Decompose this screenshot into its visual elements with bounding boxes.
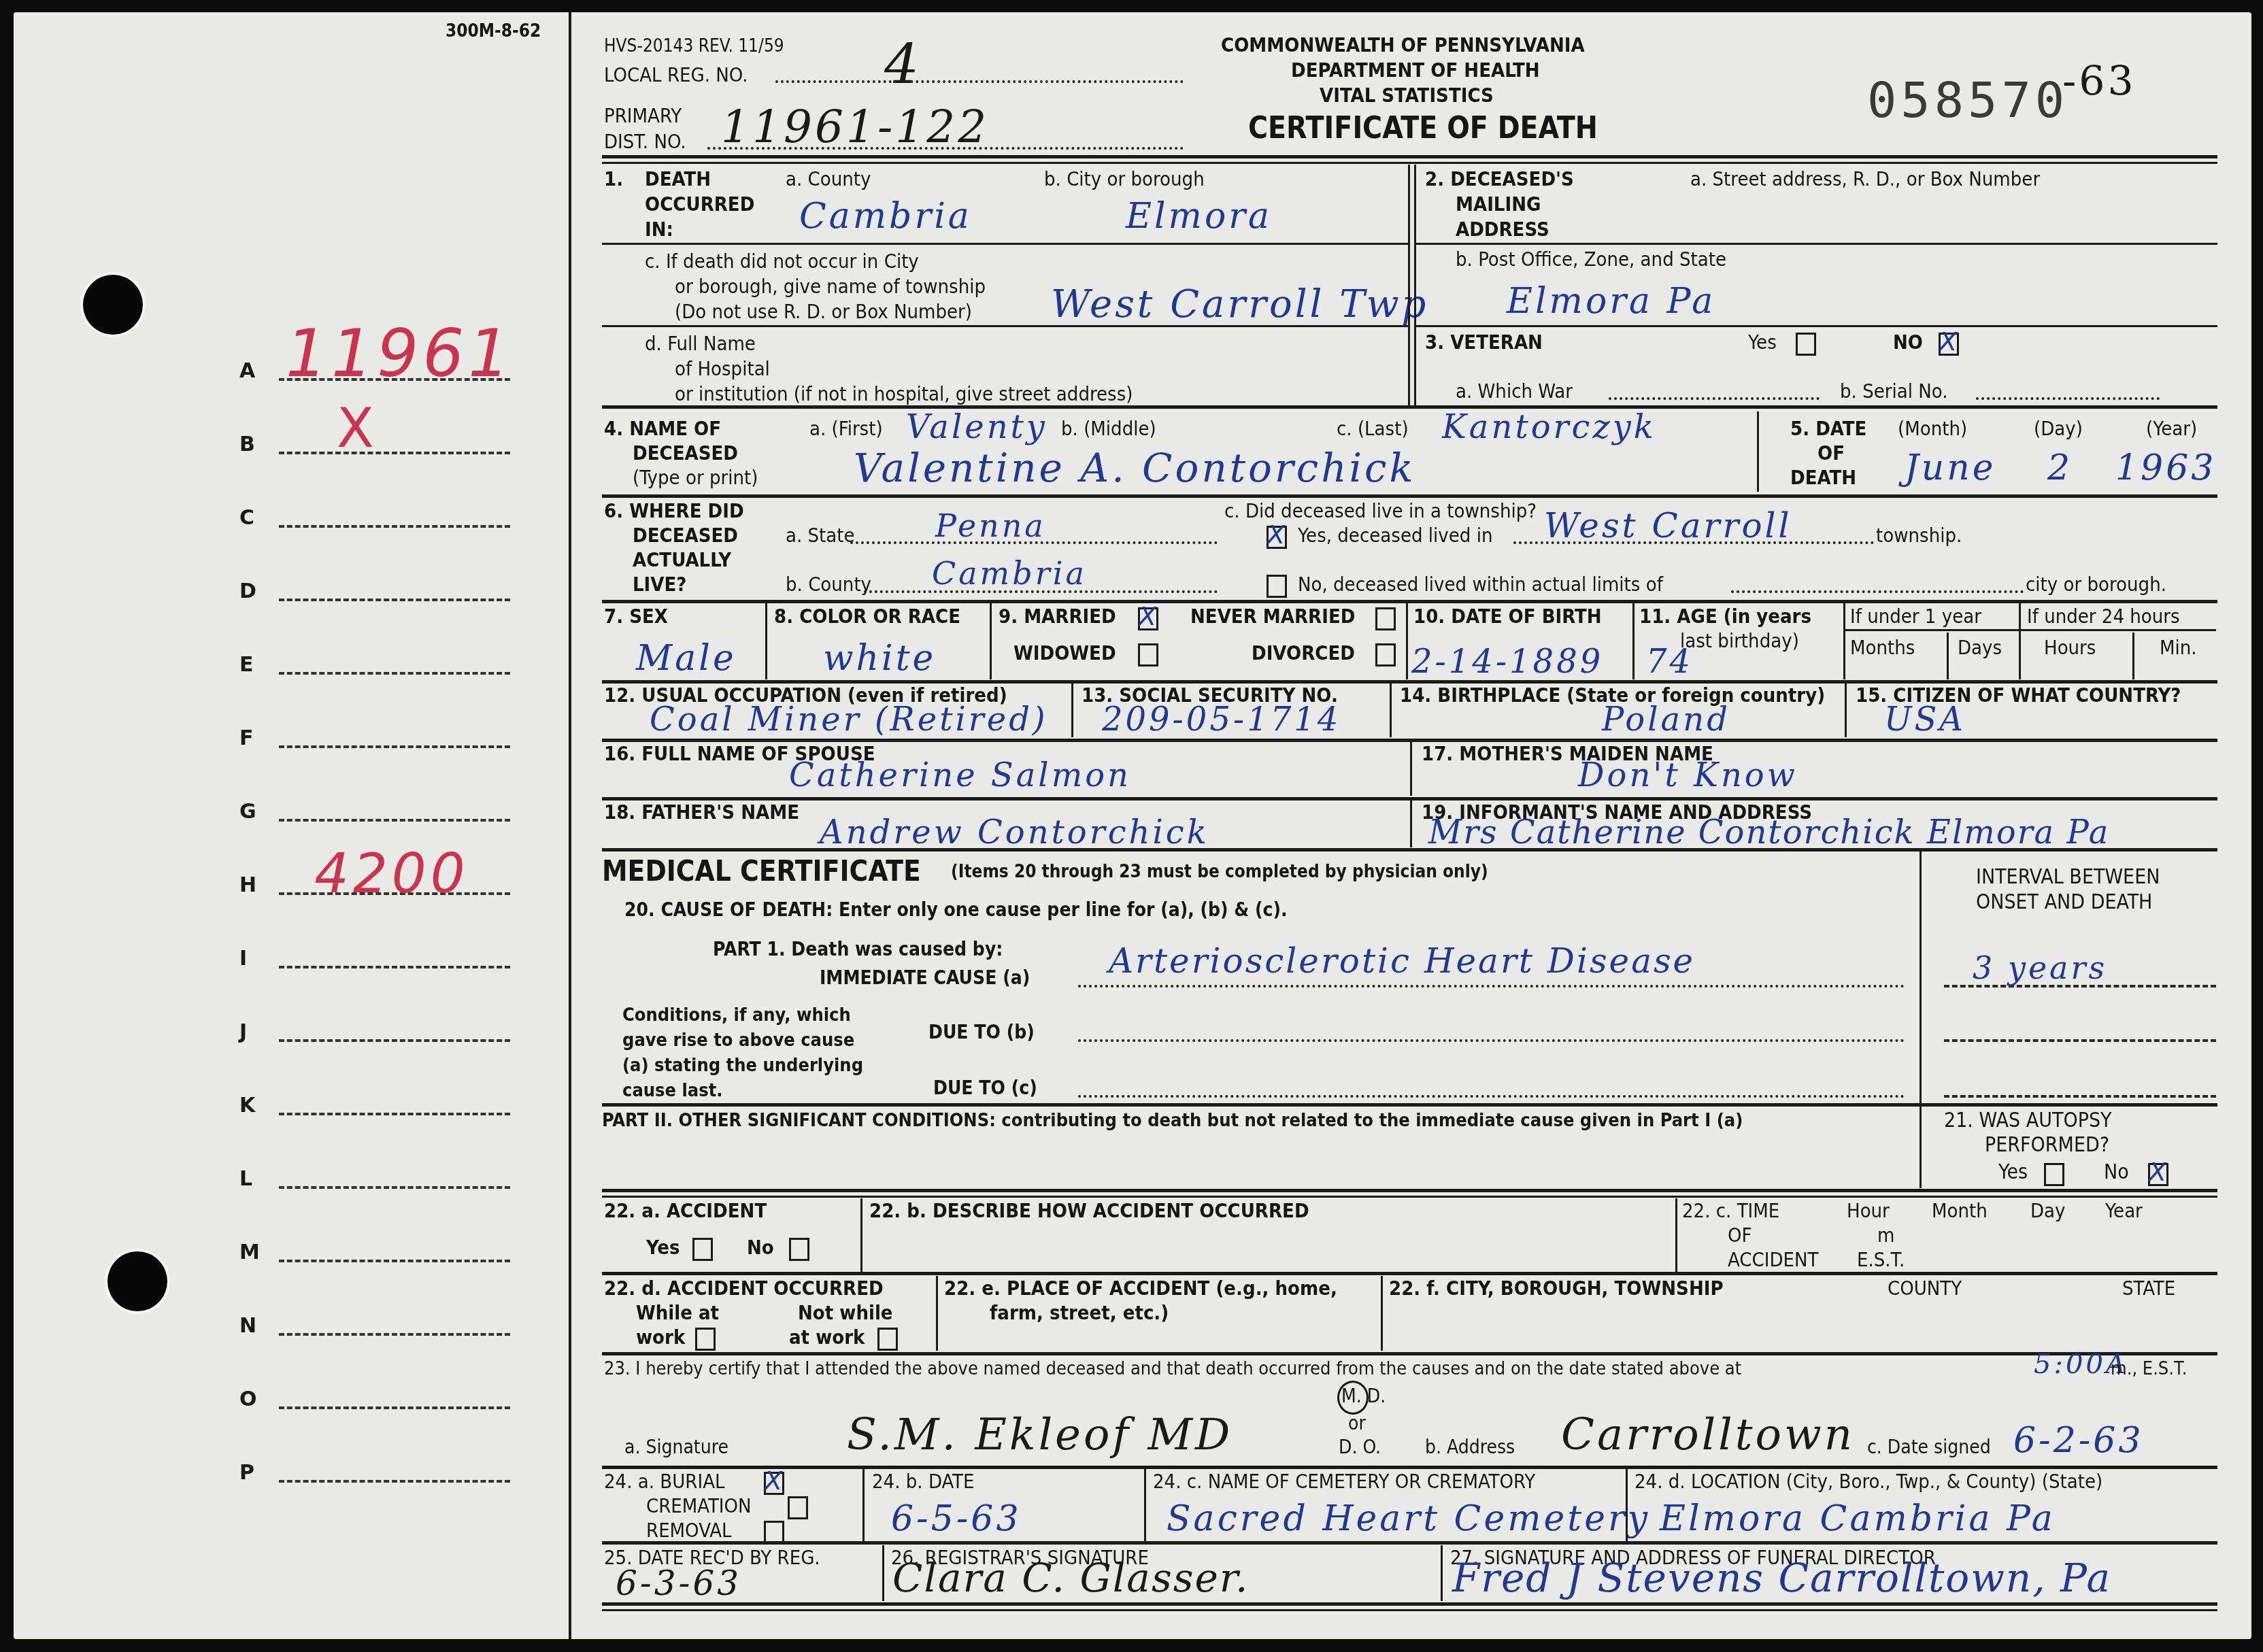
township-suffix: township. [1876, 523, 1962, 547]
item1-label-l3: IN: [645, 217, 673, 241]
residence-township-field[interactable]: West Carroll [1544, 507, 1792, 545]
veteran-no-label: NO [1893, 330, 1923, 354]
days-label: Days [1958, 635, 2002, 660]
form-code: 300M-8-62 [446, 20, 541, 42]
age-label-l1: 11. AGE (in years [1639, 604, 1811, 628]
township-yes-checkbox[interactable] [1267, 526, 1287, 549]
stub-line-b[interactable] [279, 452, 510, 454]
accident-describe-label: 22. b. DESCRIBE HOW ACCIDENT OCCURRED [869, 1198, 1309, 1223]
stub-letter-k: K [239, 1094, 255, 1117]
item2-label-l1: 2. DECEASED'S [1425, 167, 1574, 191]
serial-no-field[interactable] [1976, 397, 2160, 400]
divider [1410, 800, 1412, 847]
township-no-label: No, deceased lived within actual limits … [1298, 572, 1663, 596]
stub-letter-i: I [239, 947, 247, 971]
death-day-field[interactable]: 2 [2047, 449, 2073, 487]
rule [602, 600, 2217, 603]
autopsy-no-checkbox[interactable] [2148, 1163, 2168, 1186]
accident-no-checkbox[interactable] [789, 1238, 809, 1261]
form-number: HVS-20143 REV. 11/59 [604, 35, 784, 57]
accident-time-label-l3: ACCIDENT [1728, 1247, 1819, 1272]
rule [602, 1189, 2217, 1192]
burial-label: 24. a. BURIAL [604, 1469, 725, 1494]
stub-letter-o: O [239, 1387, 257, 1411]
stub-line-e[interactable] [279, 672, 510, 675]
stub-line-d[interactable] [279, 599, 510, 601]
autopsy-label-l2: PERFORMED? [1985, 1133, 2109, 1158]
header-rule-2 [602, 162, 2217, 164]
hospital-label-l2: of Hospital [675, 356, 770, 381]
stub-line-f[interactable] [279, 745, 510, 748]
veteran-yes-label: Yes [1748, 330, 1777, 354]
accident-county-label: COUNTY [1888, 1276, 1962, 1300]
divider [1390, 683, 1392, 737]
divider [882, 1545, 884, 1601]
divider [1675, 1198, 1677, 1272]
autopsy-no-label: No [2104, 1160, 2129, 1185]
cremation-checkbox[interactable] [788, 1496, 808, 1519]
certify-text: 23. I hereby certify that I attended the… [604, 1357, 1741, 1381]
agency-line-2: DEPARTMENT OF HEALTH [1291, 58, 1540, 82]
cremation-label: CREMATION [646, 1494, 752, 1518]
accident-year-label: Year [2105, 1198, 2143, 1223]
accident-state-label: STATE [2122, 1276, 2175, 1300]
rule [602, 405, 2217, 409]
residence-state-field[interactable]: Penna [935, 507, 1046, 545]
not-at-work-l2: at work [789, 1325, 865, 1349]
divorced-checkbox[interactable] [1375, 643, 1396, 667]
due-to-b-field[interactable] [1078, 1039, 1905, 1042]
part1-label: PART 1. Death was caused by: [713, 937, 1003, 962]
occupation-field[interactable]: Coal Miner (Retired) [650, 701, 1048, 739]
rule [602, 243, 1408, 245]
item6-label-l2: DECEASED [633, 523, 738, 547]
rule [602, 1602, 2217, 1606]
veteran-no-checkbox[interactable] [1939, 333, 1959, 356]
interval-label-l1: INTERVAL BETWEEN [1976, 865, 2160, 890]
veteran-label: 3. VETERAN [1425, 330, 1543, 354]
accident-label: 22. a. ACCIDENT [604, 1198, 767, 1223]
first-name-label: a. (First) [809, 416, 883, 441]
local-reg-value[interactable]: 4 [884, 34, 922, 95]
stub-line-n[interactable] [279, 1333, 510, 1336]
race-label: 8. COLOR OR RACE [774, 604, 960, 628]
item5-label-l3: DEATH [1790, 465, 1856, 490]
divider [1632, 603, 1635, 679]
divider [1408, 165, 1410, 406]
stub-letter-b: B [239, 433, 255, 456]
stub-letter-a: A [239, 359, 255, 383]
race-field[interactable]: white [823, 639, 936, 677]
disposition-date-label: 24. b. DATE [872, 1469, 974, 1494]
middle-name-label: b. (Middle) [1061, 416, 1156, 441]
item1-label-l1: DEATH [645, 167, 711, 191]
months-label: Months [1850, 635, 1915, 660]
married-label: 9. MARRIED [999, 604, 1116, 628]
conditions-l3: (a) stating the underlying [622, 1053, 863, 1078]
do-label: D. O. [1339, 1435, 1381, 1460]
street-address-label: a. Street address, R. D., or Box Number [1690, 167, 2040, 191]
punch-hole-top [83, 275, 143, 335]
widowed-checkbox[interactable] [1138, 643, 1158, 667]
dist-value[interactable]: 11961-122 [721, 102, 989, 152]
full-name-field[interactable]: Valentine A. Contorchick [854, 449, 1416, 487]
stub-letter-f: F [239, 726, 254, 750]
item5-label-l2: OF [1817, 441, 1845, 465]
post-office-label: b. Post Office, Zone, and State [1456, 247, 1726, 271]
header-rule-1 [602, 155, 2217, 158]
city-limits-line[interactable] [1731, 590, 2024, 593]
sex-field[interactable]: Male [636, 639, 737, 677]
min-label: Min. [2160, 635, 2197, 660]
item1-number: 1. [604, 167, 623, 191]
stub-letter-h: H [239, 873, 256, 897]
divider [2132, 633, 2134, 679]
md-circle [1337, 1381, 1369, 1415]
place-of-accident-label-l1: 22. e. PLACE OF ACCIDENT (e.g., home, [944, 1276, 1337, 1300]
agency-line-1: COMMONWEALTH OF PENNSYLVANIA [1221, 33, 1585, 57]
rule [602, 494, 2217, 498]
immediate-cause-label: IMMEDIATE CAUSE (a) [820, 966, 1030, 990]
age-label-l2: last birthday) [1680, 628, 1799, 653]
sex-label: 7. SEX [604, 604, 668, 628]
stub-line-m[interactable] [279, 1260, 510, 1262]
residence-county-field[interactable]: Cambria [932, 554, 1087, 592]
item4-label-l1: 4. NAME OF [604, 416, 721, 441]
mother-maiden-field[interactable]: Don't Know [1578, 756, 1798, 794]
or-label: or [1348, 1411, 1366, 1436]
death-county-field[interactable]: Cambria [799, 197, 972, 235]
time-suffix: m., E.S.T. [2111, 1357, 2187, 1381]
death-county-label: a. County [786, 167, 871, 191]
divider [1626, 1469, 1628, 1541]
accident-hour-label: Hour [1847, 1198, 1890, 1223]
not-at-work-l1: Not while [798, 1300, 893, 1325]
medical-subtitle: (Items 20 through 23 must be completed b… [951, 860, 1488, 884]
certificate-number: 058570 [1867, 71, 2068, 129]
divider [1071, 683, 1073, 737]
stub-letter-m: M [239, 1241, 260, 1264]
divider [1381, 1276, 1383, 1351]
stub-letter-d: D [239, 579, 256, 603]
interval-label-l2: ONSET AND DEATH [1976, 890, 2152, 915]
physician-signature-field[interactable]: S.M. Ekleof MD [847, 1408, 1233, 1462]
rule [602, 1609, 2217, 1611]
item6-label-l3: ACTUALLY [633, 547, 731, 572]
divider [1410, 741, 1412, 796]
primary-label: PRIMARY [604, 103, 682, 128]
autopsy-label-l1: 21. WAS AUTOPSY [1944, 1109, 2112, 1133]
citizenship-field[interactable]: USA [1884, 701, 1966, 739]
registrar-signature-field[interactable]: Clara C. Glasser. [892, 1559, 1250, 1597]
informant-field[interactable]: Mrs Catherine Contorchick Elmora Pa [1428, 813, 2109, 852]
interval-field-a[interactable]: 3 years [1973, 949, 2107, 987]
rule [602, 1352, 2217, 1355]
conditions-l4: cause last. [622, 1079, 723, 1103]
birthplace-field[interactable]: Poland [1602, 701, 1730, 739]
dist-label: DIST. NO. [604, 129, 686, 154]
divider [2019, 603, 2021, 679]
due-to-c-field[interactable] [1078, 1095, 1905, 1098]
married-checkbox[interactable] [1138, 607, 1158, 630]
immediate-cause-line [1078, 985, 1905, 988]
physician-address-field[interactable]: Carrolltown [1561, 1408, 1855, 1462]
cause-of-death-label: 20. CAUSE OF DEATH: Enter only one cause… [624, 898, 1288, 922]
physician-address-label: b. Address [1425, 1435, 1515, 1460]
divider [1843, 603, 1845, 679]
stub-letter-g: G [239, 800, 256, 824]
divider [1845, 683, 1847, 737]
interval-field-b[interactable] [1944, 1039, 2216, 1042]
cemetery-location-label: 24. d. LOCATION (City, Boro., Twp., & Co… [1635, 1469, 2102, 1494]
immediate-cause-field[interactable]: Arteriosclerotic Heart Disease [1109, 942, 1695, 980]
due-to-b-label: DUE TO (b) [928, 1020, 1035, 1045]
stub-entry-b: X [337, 398, 378, 459]
first-name-field[interactable]: Valenty [906, 408, 1047, 446]
while-at-work-checkbox[interactable] [695, 1328, 716, 1351]
which-war-label: a. Which War [1456, 379, 1573, 403]
stub-line-l[interactable] [279, 1186, 510, 1189]
residence-state-label: a. State [786, 523, 855, 547]
accident-time-label-l1: 22. c. TIME [1682, 1198, 1779, 1223]
never-married-checkbox[interactable] [1375, 607, 1396, 630]
signature-label: a. Signature [624, 1435, 728, 1460]
divorced-label: DIVORCED [1252, 641, 1355, 665]
date-signed-field[interactable]: 6-2-63 [2013, 1421, 2143, 1460]
agency-line-3: VITAL STATISTICS [1320, 83, 1494, 107]
stub-letter-l: L [239, 1167, 252, 1191]
conditions-l2: gave rise to above cause [622, 1028, 854, 1053]
stub-letter-p: P [239, 1461, 254, 1485]
township-label-l3: (Do not use R. D. or Box Number) [675, 299, 972, 324]
divider [1920, 852, 1922, 1188]
under-year-label: If under 1 year [1850, 604, 1981, 628]
birth-date-label: 10. DATE OF BIRTH [1413, 604, 1602, 628]
page-title: CERTIFICATE OF DEATH [1248, 111, 1598, 146]
ssn-field[interactable]: 209-05-1714 [1102, 701, 1341, 739]
cemetery-field[interactable]: Sacred Heart Cemetery [1167, 1500, 1650, 1538]
spouse-field[interactable]: Catherine Salmon [789, 756, 1131, 794]
item4-label-l3: (Type or print) [633, 465, 758, 490]
death-township-field[interactable]: West Carroll Twp [1051, 286, 1428, 324]
divider [860, 1198, 862, 1272]
serial-no-label: b. Serial No. [1840, 379, 1948, 403]
local-reg-label: LOCAL REG. NO. [604, 63, 748, 87]
accident-time-label-l2: OF [1728, 1223, 1752, 1247]
accident-month-label: Month [1932, 1198, 1988, 1223]
autopsy-yes-checkbox[interactable] [2044, 1163, 2064, 1186]
rule [602, 1541, 2217, 1545]
township-no-checkbox[interactable] [1267, 575, 1287, 598]
while-at-work-l2: work [636, 1325, 685, 1349]
accident-occurred-label: 22. d. ACCIDENT OCCURRED [604, 1276, 884, 1300]
death-city-field[interactable]: Elmora [1126, 197, 1272, 235]
widowed-label: WIDOWED [1013, 641, 1116, 665]
divider [1414, 165, 1416, 406]
death-day-label: (Day) [2034, 416, 2083, 441]
disposition-date-field[interactable]: 6-5-63 [891, 1500, 1021, 1538]
autopsy-yes-label: Yes [1998, 1160, 2028, 1185]
stub-letter-n: N [239, 1314, 256, 1338]
stub-letter-e: E [239, 653, 254, 677]
funeral-director-field[interactable]: Fred J Stevens Carrolltown, Pa [1452, 1559, 2111, 1597]
accident-yes-label: Yes [646, 1235, 680, 1260]
stub-letter-j: J [239, 1020, 247, 1044]
while-at-work-l1: While at [636, 1300, 719, 1325]
father-field[interactable]: Andrew Contorchick [820, 813, 1209, 852]
residence-county-label: b. County [786, 572, 871, 596]
township-label-l2: or borough, give name of township [675, 274, 986, 299]
accident-yes-checkbox[interactable] [692, 1238, 713, 1261]
post-office-field[interactable]: Elmora Pa [1507, 282, 1715, 320]
never-married-label: NEVER MARRIED [1190, 604, 1355, 628]
rule [602, 1103, 2217, 1107]
stub-line-c[interactable] [279, 525, 510, 528]
certificate-year-suffix: -63 [2062, 63, 2136, 101]
death-month-field[interactable]: June [1905, 449, 1996, 487]
accident-est-label: E.S.T. [1857, 1247, 1905, 1272]
item1-label-l2: OCCURRED [645, 192, 754, 216]
accident-day-label: Day [2030, 1198, 2066, 1223]
cemetery-location-field[interactable]: Elmora Cambria Pa [1660, 1500, 2056, 1538]
item6-label-l4: LIVE? [633, 572, 686, 596]
accident-city-label: 22. f. CITY, BOROUGH, TOWNSHIP [1389, 1276, 1724, 1300]
date-signed-label: c. Date signed [1867, 1435, 1991, 1460]
divider [1441, 1545, 1443, 1601]
item2-label-l2: MAILING [1456, 192, 1541, 216]
age-field[interactable]: 74 [1646, 643, 1693, 681]
hospital-label-l3: or institution (if not in hospital, give… [675, 382, 1133, 406]
item2-label-l3: ADDRESS [1456, 217, 1549, 241]
removal-checkbox[interactable] [764, 1521, 784, 1544]
hours-label: Hours [2044, 635, 2096, 660]
stub-line-i[interactable] [279, 966, 510, 968]
medical-title: MEDICAL CERTIFICATE [602, 854, 921, 888]
stub-line-o[interactable] [279, 1406, 510, 1409]
divider [1406, 603, 1408, 679]
item6-label-l1: 6. WHERE DID [604, 499, 744, 523]
stub-line-k[interactable] [279, 1113, 510, 1115]
divider [990, 603, 992, 679]
divider [1144, 1469, 1146, 1541]
township-label-l1: c. If death did not occur in City [645, 249, 919, 273]
rule [602, 848, 2217, 852]
part2-label: PART II. OTHER SIGNIFICANT CONDITIONS: c… [602, 1109, 1743, 1133]
due-to-c-label: DUE TO (c) [933, 1076, 1037, 1100]
removal-label: REMOVAL [646, 1518, 732, 1543]
birth-date-field[interactable]: 2-14-1889 [1411, 643, 1603, 681]
accident-no-label: No [747, 1235, 774, 1260]
father-label: 18. FATHER'S NAME [604, 800, 799, 824]
stub-line-j[interactable] [279, 1039, 510, 1042]
cemetery-label: 24. c. NAME OF CEMETERY OR CREMATORY [1153, 1469, 1535, 1494]
under-24-label: If under 24 hours [2027, 604, 2180, 628]
divider [1947, 633, 1949, 679]
not-at-work-checkbox[interactable] [877, 1328, 898, 1351]
burial-checkbox[interactable] [764, 1472, 784, 1495]
stub-line-p[interactable] [279, 1480, 510, 1483]
interval-field-c[interactable] [1944, 1095, 2216, 1098]
stub-divider [569, 12, 571, 1639]
date-received-field[interactable]: 6-3-63 [616, 1564, 741, 1602]
rule [602, 1196, 2217, 1198]
which-war-field[interactable] [1609, 397, 1820, 400]
last-name-field[interactable]: Kantorczyk [1442, 408, 1656, 446]
stub-entry-h: 4200 [314, 843, 469, 905]
stub-entry-a: 11961 [286, 320, 514, 388]
rule [1416, 325, 2217, 327]
township-yes-label: Yes, deceased lived in [1298, 523, 1492, 547]
hospital-label-l1: d. Full Name [645, 331, 756, 356]
punch-hole-bottom [107, 1251, 167, 1311]
item5-label-l1: 5. DATE [1790, 416, 1866, 441]
last-name-label: c. (Last) [1337, 416, 1409, 441]
death-month-label: (Month) [1898, 416, 1967, 441]
divider [1757, 411, 1759, 492]
stub-letter-c: C [239, 506, 254, 530]
divider [765, 603, 767, 679]
rule [1845, 629, 2216, 631]
death-year-label: (Year) [2146, 416, 2197, 441]
rule [602, 325, 1408, 327]
accident-m-label: m [1877, 1223, 1894, 1247]
place-of-accident-label-l2: farm, street, etc.) [990, 1300, 1169, 1325]
local-reg-line [775, 80, 1184, 83]
divider [862, 1469, 865, 1541]
city-suffix: city or borough. [2026, 572, 2166, 596]
rule [1416, 243, 2217, 245]
death-city-label: b. City or borough [1044, 167, 1205, 191]
veteran-yes-checkbox[interactable] [1796, 333, 1816, 356]
divider [936, 1276, 938, 1351]
death-year-field[interactable]: 1963 [2115, 449, 2216, 487]
stub-line-g[interactable] [279, 819, 510, 822]
rule [602, 1272, 2217, 1275]
item4-label-l2: DECEASED [633, 441, 738, 465]
conditions-l1: Conditions, if any, which [622, 1003, 851, 1028]
